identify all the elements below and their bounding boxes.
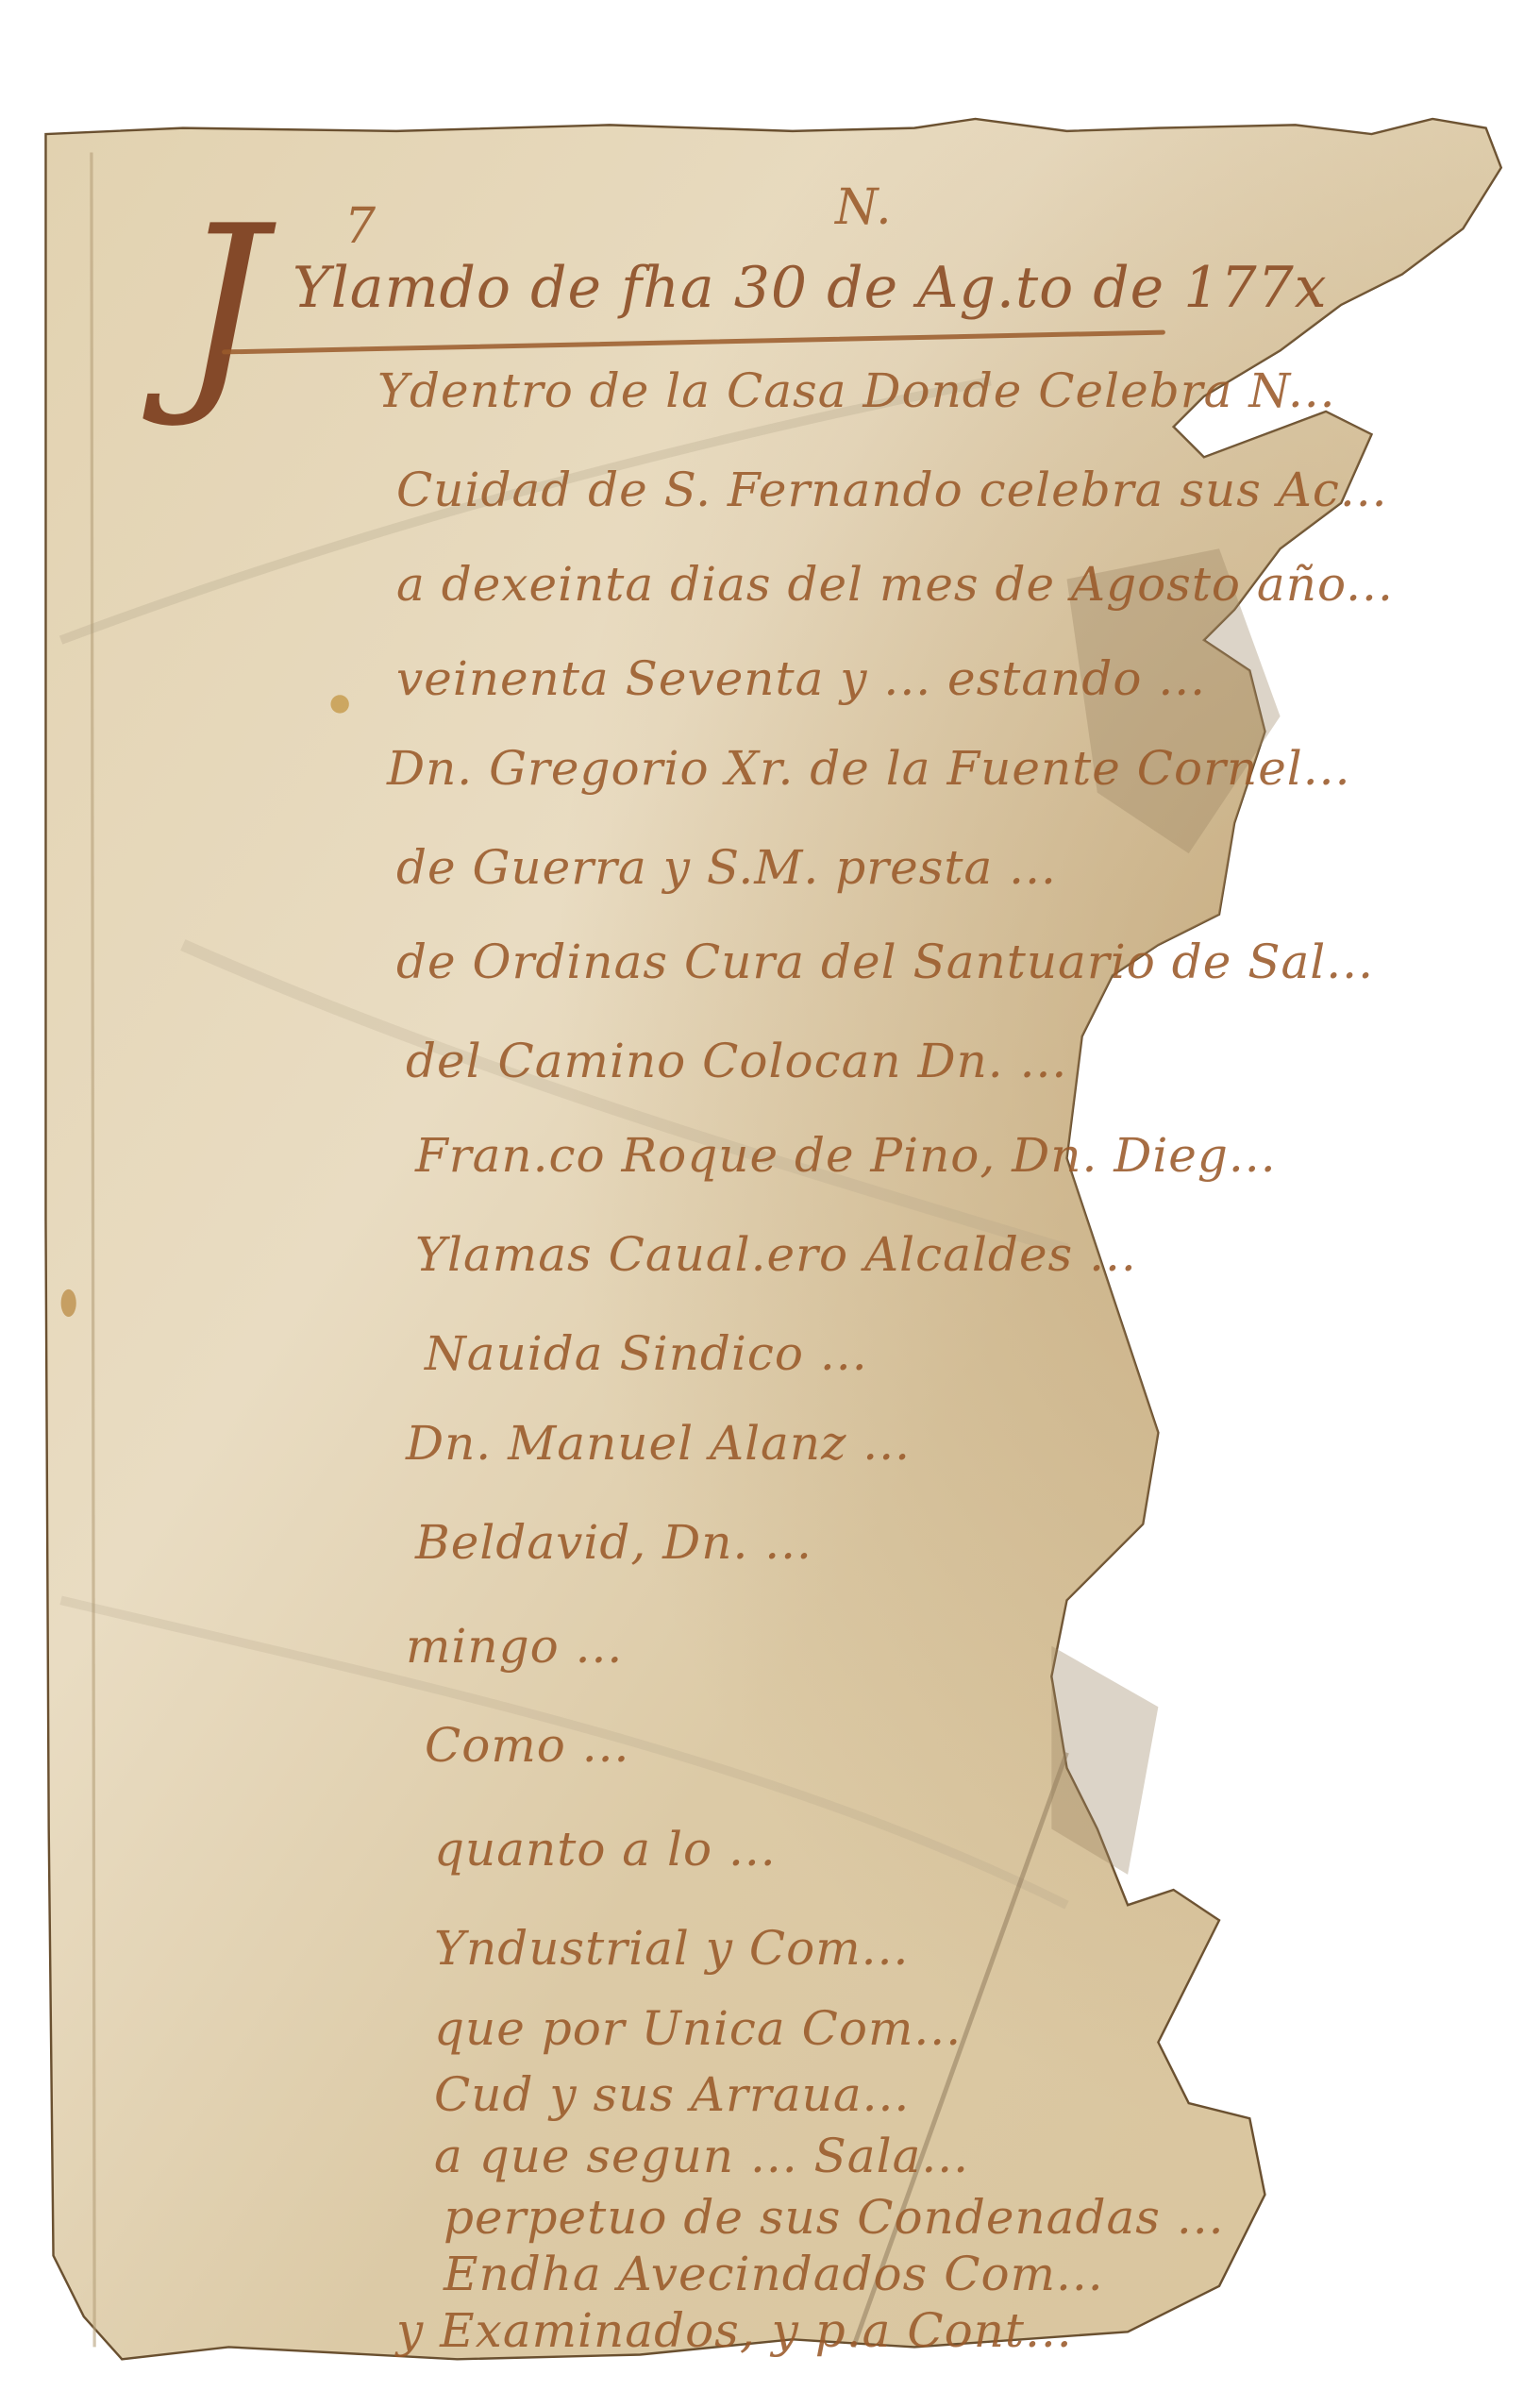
text-line: perpetuo de sus Condenadas ... xyxy=(444,2190,1225,2245)
text-line: Endha Avecindados Com... xyxy=(444,2247,1104,2301)
text-line: veinenta Seventa y ... estando ... xyxy=(396,651,1206,706)
text-line: Yndustrial y Com... xyxy=(434,1921,909,1976)
text-line: Dn. Gregorio Xr. de la Fuente Cornel... xyxy=(387,741,1350,796)
text-line: del Camino Colocan Dn. ... xyxy=(406,1034,1067,1088)
text-line: Ydentro de la Casa Donde Celebra N... xyxy=(377,363,1336,418)
text-line: Ylamas Caual.ero Alcaldes ... xyxy=(415,1227,1137,1282)
text-line: Beldavid, Dn. ... xyxy=(415,1515,812,1570)
margin-mark-right: N. xyxy=(835,179,893,236)
heading-initial: J xyxy=(179,198,266,415)
text-line: Cuidad de S. Fernando celebra sus Ac... xyxy=(396,463,1388,517)
margin-mark-left: 7 xyxy=(344,198,377,255)
text-line: a dexeinta dias del mes de Agosto año... xyxy=(396,557,1394,612)
text-line: Dn. Manuel Alanz ... xyxy=(406,1416,911,1471)
text-line: Cud y sus Arraua... xyxy=(434,2067,910,2122)
document-heading: Ylamdo de fha 30 de Ag.to de 177x xyxy=(293,255,1328,321)
text-line: que por Unica Com... xyxy=(434,2001,962,2056)
text-line: mingo ... xyxy=(406,1619,623,1674)
text-line: Como ... xyxy=(425,1718,629,1773)
text-line: Fran.co Roque de Pino, Dn. Dieg... xyxy=(415,1128,1277,1183)
text-line: y Examinados, y p.a Cont... xyxy=(396,2303,1073,2358)
text-line: de Guerra y S.M. presta ... xyxy=(396,840,1057,895)
manuscript-scan: 7 N. J Ylamdo de fha 30 de Ag.to de 177x… xyxy=(0,0,1524,2408)
text-line: de Ordinas Cura del Santuario de Sal... xyxy=(396,935,1374,989)
text-line: quanto a lo ... xyxy=(434,1822,777,1877)
text-line: a que segun ... Sala... xyxy=(434,2129,969,2183)
text-line: Nauida Sindico ... xyxy=(425,1326,868,1381)
